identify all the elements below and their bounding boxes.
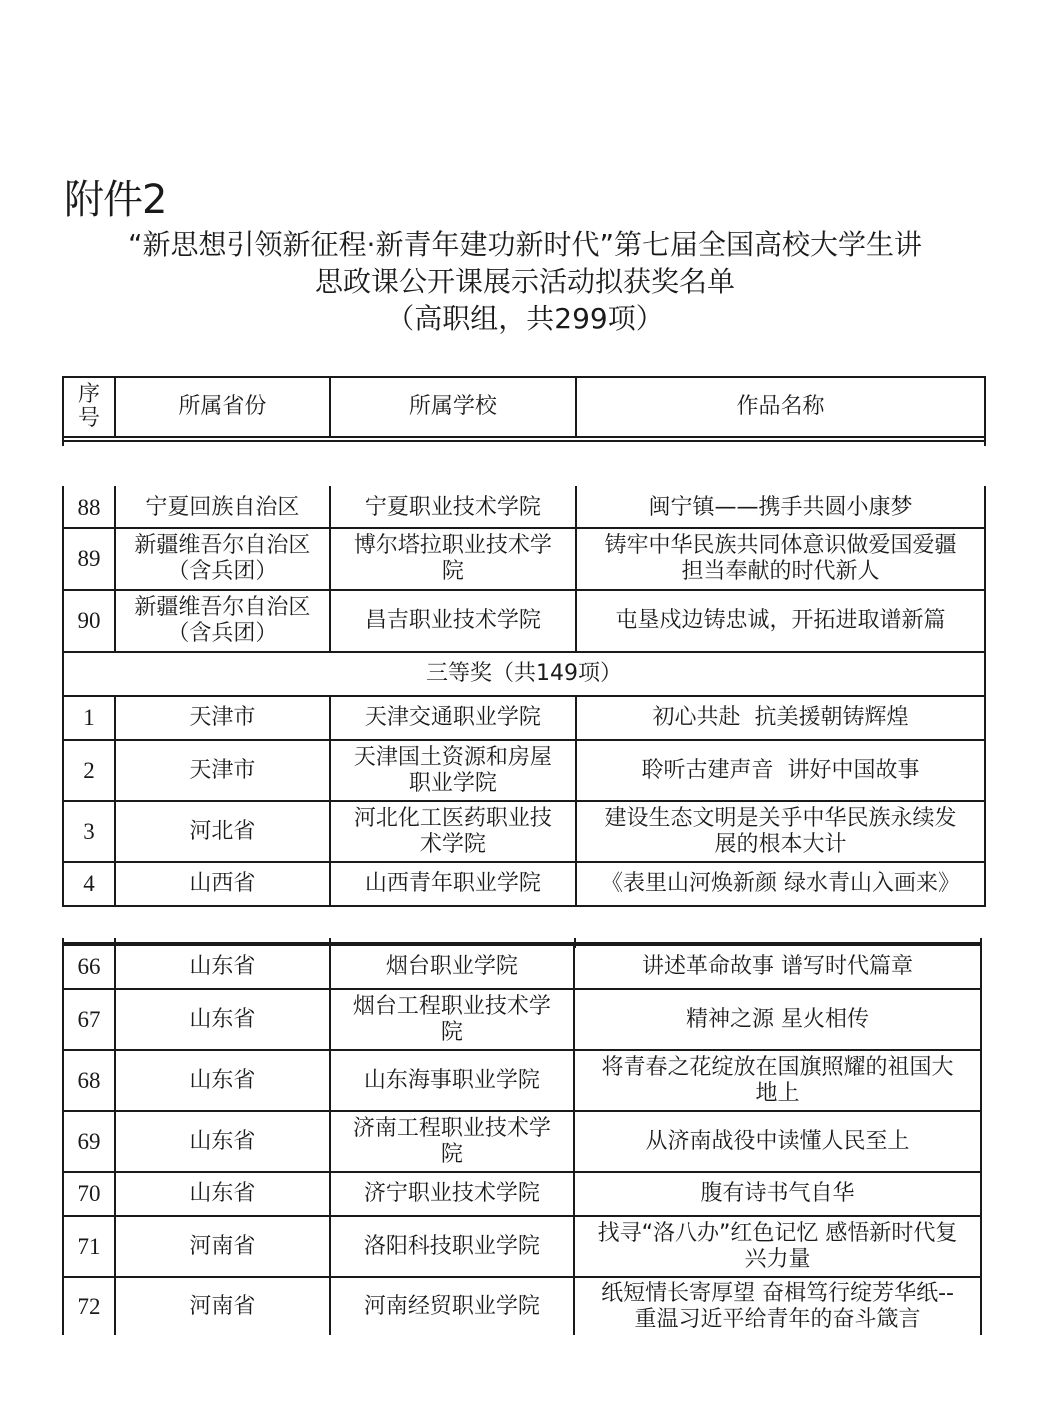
cell-work: 屯垦戍边铸忠诚，开拓进取谱新篇	[576, 590, 985, 652]
cell-line: 天津国土资源和房屋	[333, 745, 574, 771]
cell-school: 山西青年职业学院	[330, 862, 577, 906]
cell-line: 新疆维吾尔自治区	[118, 595, 326, 621]
cell-school: 山东海事职业学院	[330, 1050, 575, 1111]
header-seq: 序 号	[63, 377, 115, 437]
cell-school: 天津国土资源和房屋 职业学院	[330, 740, 577, 801]
cell-province: 山东省	[115, 1050, 329, 1111]
cell-school: 河南经贸职业学院	[330, 1277, 575, 1335]
cell-seq: 4	[63, 862, 115, 906]
header-work: 作品名称	[576, 377, 985, 437]
cell-line: 博尔塔拉职业技术学	[333, 533, 574, 559]
cell-seq: 3	[63, 801, 115, 862]
table-row: 72 河南省 河南经贸职业学院 纸短情长寄厚望 奋楫笃行绽芳华纸-- 重温习近平…	[63, 1277, 981, 1335]
cell-line: 院	[333, 559, 574, 585]
attachment-label: 附件2	[64, 176, 166, 224]
cell-work: 精神之源 星火相传	[574, 989, 981, 1050]
cell-seq: 90	[63, 590, 115, 652]
cell-school: 烟台工程职业技术学 院	[330, 989, 575, 1050]
cell-province: 山东省	[115, 1172, 329, 1216]
cell-work: 找寻“洛八办”红色记忆 感悟新时代复 兴力量	[574, 1216, 981, 1277]
cell-province: 河北省	[115, 801, 329, 862]
cell-seq: 89	[63, 528, 115, 590]
cell-seq: 72	[63, 1277, 115, 1335]
cell-line: （含兵团）	[118, 621, 326, 647]
cell-line: 地上	[577, 1081, 978, 1107]
cell-seq: 1	[63, 696, 115, 740]
cell-line: 院	[333, 1142, 572, 1168]
cell-seq: 67	[63, 989, 115, 1050]
cell-province: 新疆维吾尔自治区 （含兵团）	[115, 528, 329, 590]
cell-province: 河南省	[115, 1277, 329, 1335]
cell-line: 职业学院	[333, 771, 574, 797]
cell-work: 纸短情长寄厚望 奋楫笃行绽芳华纸-- 重温习近平给青年的奋斗箴言	[574, 1277, 981, 1335]
table-row: 88 宁夏回族自治区 宁夏职业技术学院 闽宁镇——携手共圆小康梦	[63, 488, 985, 528]
cell-seq: 2	[63, 740, 115, 801]
cell-school: 济南工程职业技术学 院	[330, 1111, 575, 1172]
cell-work: 腹有诗书气自华	[574, 1172, 981, 1216]
cell-province: 河南省	[115, 1216, 329, 1277]
cell-line: 济南工程职业技术学	[333, 1116, 572, 1142]
cell-line: 找寻“洛八办”红色记忆 感悟新时代复	[577, 1221, 978, 1247]
cell-province: 山东省	[115, 989, 329, 1050]
cell-seq: 69	[63, 1111, 115, 1172]
header-seq-bottom: 号	[66, 407, 112, 431]
cell-seq: 68	[63, 1050, 115, 1111]
cell-seq: 70	[63, 1172, 115, 1216]
cell-school: 天津交通职业学院	[330, 696, 577, 740]
cell-province: 山西省	[115, 862, 329, 906]
cell-work: 初心共赴 抗美援朝铸辉煌	[576, 696, 985, 740]
table-row: 69 山东省 济南工程职业技术学 院 从济南战役中读懂人民至上	[63, 1111, 981, 1172]
cell-line: 纸短情长寄厚望 奋楫笃行绽芳华纸--	[577, 1281, 978, 1307]
cell-line: 术学院	[333, 832, 574, 858]
cell-seq: 88	[63, 488, 115, 528]
table-row: 89 新疆维吾尔自治区 （含兵团） 博尔塔拉职业技术学 院 铸牢中华民族共同体意…	[63, 528, 985, 590]
cell-line: 担当奉献的时代新人	[579, 559, 982, 585]
cell-school: 洛阳科技职业学院	[330, 1216, 575, 1277]
cell-line: 铸牢中华民族共同体意识做爱国爱疆	[579, 533, 982, 559]
cell-school: 河北化工医药职业技 术学院	[330, 801, 577, 862]
cell-work: 讲述革命故事 谱写时代篇章	[574, 945, 981, 989]
table-row: 90 新疆维吾尔自治区 （含兵团） 昌吉职业技术学院 屯垦戍边铸忠诚，开拓进取谱…	[63, 590, 985, 652]
table-row: 2 天津市 天津国土资源和房屋 职业学院 聆听古建声音 讲好中国故事	[63, 740, 985, 801]
cell-line: （含兵团）	[118, 559, 326, 585]
table-row: 70 山东省 济宁职业技术学院 腹有诗书气自华	[63, 1172, 981, 1216]
cell-province: 山东省	[115, 1111, 329, 1172]
cell-school: 博尔塔拉职业技术学 院	[330, 528, 577, 590]
table-fragment-1: 88 宁夏回族自治区 宁夏职业技术学院 闽宁镇——携手共圆小康梦 89 新疆维吾…	[62, 488, 986, 907]
table-edge-line	[62, 440, 986, 442]
cell-work: 铸牢中华民族共同体意识做爱国爱疆 担当奉献的时代新人	[576, 528, 985, 590]
table-fragment-2: 66 山东省 烟台职业学院 讲述革命故事 谱写时代篇章 67 山东省 烟台工程职…	[62, 944, 982, 1335]
cell-province: 天津市	[115, 696, 329, 740]
cell-line: 院	[333, 1020, 572, 1046]
cell-line: 烟台工程职业技术学	[333, 994, 572, 1020]
cell-school: 昌吉职业技术学院	[330, 590, 577, 652]
cell-line: 新疆维吾尔自治区	[118, 533, 326, 559]
table-row: 1 天津市 天津交通职业学院 初心共赴 抗美援朝铸辉煌	[63, 696, 985, 740]
cell-work: 《表里山河焕新颜 绿水青山入画来》	[576, 862, 985, 906]
cell-work: 建设生态文明是关乎中华民族永续发 展的根本大计	[576, 801, 985, 862]
table-row: 68 山东省 山东海事职业学院 将青春之花绽放在国旗照耀的祖国大 地上	[63, 1050, 981, 1111]
table-row: 67 山东省 烟台工程职业技术学 院 精神之源 星火相传	[63, 989, 981, 1050]
cell-line: 建设生态文明是关乎中华民族永续发	[579, 806, 982, 832]
cell-school: 烟台职业学院	[330, 945, 575, 989]
cell-province: 宁夏回族自治区	[115, 488, 329, 528]
header-seq-top: 序	[66, 383, 112, 407]
title-line-2: 思政课公开课展示活动拟获奖名单	[40, 263, 1010, 300]
cell-line: 将青春之花绽放在国旗照耀的祖国大	[577, 1055, 978, 1081]
document-title: “新思想引领新征程·新青年建功新时代”第七届全国高校大学生讲 思政课公开课展示活…	[40, 226, 1010, 337]
cell-line: 重温习近平给青年的奋斗箴言	[577, 1307, 978, 1333]
section-heading-third-prize: 三等奖（共149项）	[63, 652, 985, 696]
cell-line: 展的根本大计	[579, 832, 982, 858]
section-row: 三等奖（共149项）	[63, 652, 985, 696]
cell-school: 济宁职业技术学院	[330, 1172, 575, 1216]
table-row: 3 河北省 河北化工医药职业技 术学院 建设生态文明是关乎中华民族永续发 展的根…	[63, 801, 985, 862]
cell-seq: 66	[63, 945, 115, 989]
cell-work: 闽宁镇——携手共圆小康梦	[576, 488, 985, 528]
cell-province: 山东省	[115, 945, 329, 989]
header-school: 所属学校	[330, 377, 577, 437]
cell-province: 新疆维吾尔自治区 （含兵团）	[115, 590, 329, 652]
cell-province: 天津市	[115, 740, 329, 801]
cell-line: 河北化工医药职业技	[333, 806, 574, 832]
cell-line: 兴力量	[577, 1247, 978, 1273]
table-header: 序 号 所属省份 所属学校 作品名称	[62, 376, 986, 438]
header-province: 所属省份	[115, 377, 329, 437]
cell-work: 从济南战役中读懂人民至上	[574, 1111, 981, 1172]
cell-work: 将青春之花绽放在国旗照耀的祖国大 地上	[574, 1050, 981, 1111]
table-row: 71 河南省 洛阳科技职业学院 找寻“洛八办”红色记忆 感悟新时代复 兴力量	[63, 1216, 981, 1277]
cell-school: 宁夏职业技术学院	[330, 488, 577, 528]
title-line-1: “新思想引领新征程·新青年建功新时代”第七届全国高校大学生讲	[40, 226, 1010, 263]
table-row: 4 山西省 山西青年职业学院 《表里山河焕新颜 绿水青山入画来》	[63, 862, 985, 906]
table-row: 66 山东省 烟台职业学院 讲述革命故事 谱写时代篇章	[63, 945, 981, 989]
cell-work: 聆听古建声音 讲好中国故事	[576, 740, 985, 801]
cell-seq: 71	[63, 1216, 115, 1277]
title-line-3: （高职组，共299项）	[40, 300, 1010, 337]
